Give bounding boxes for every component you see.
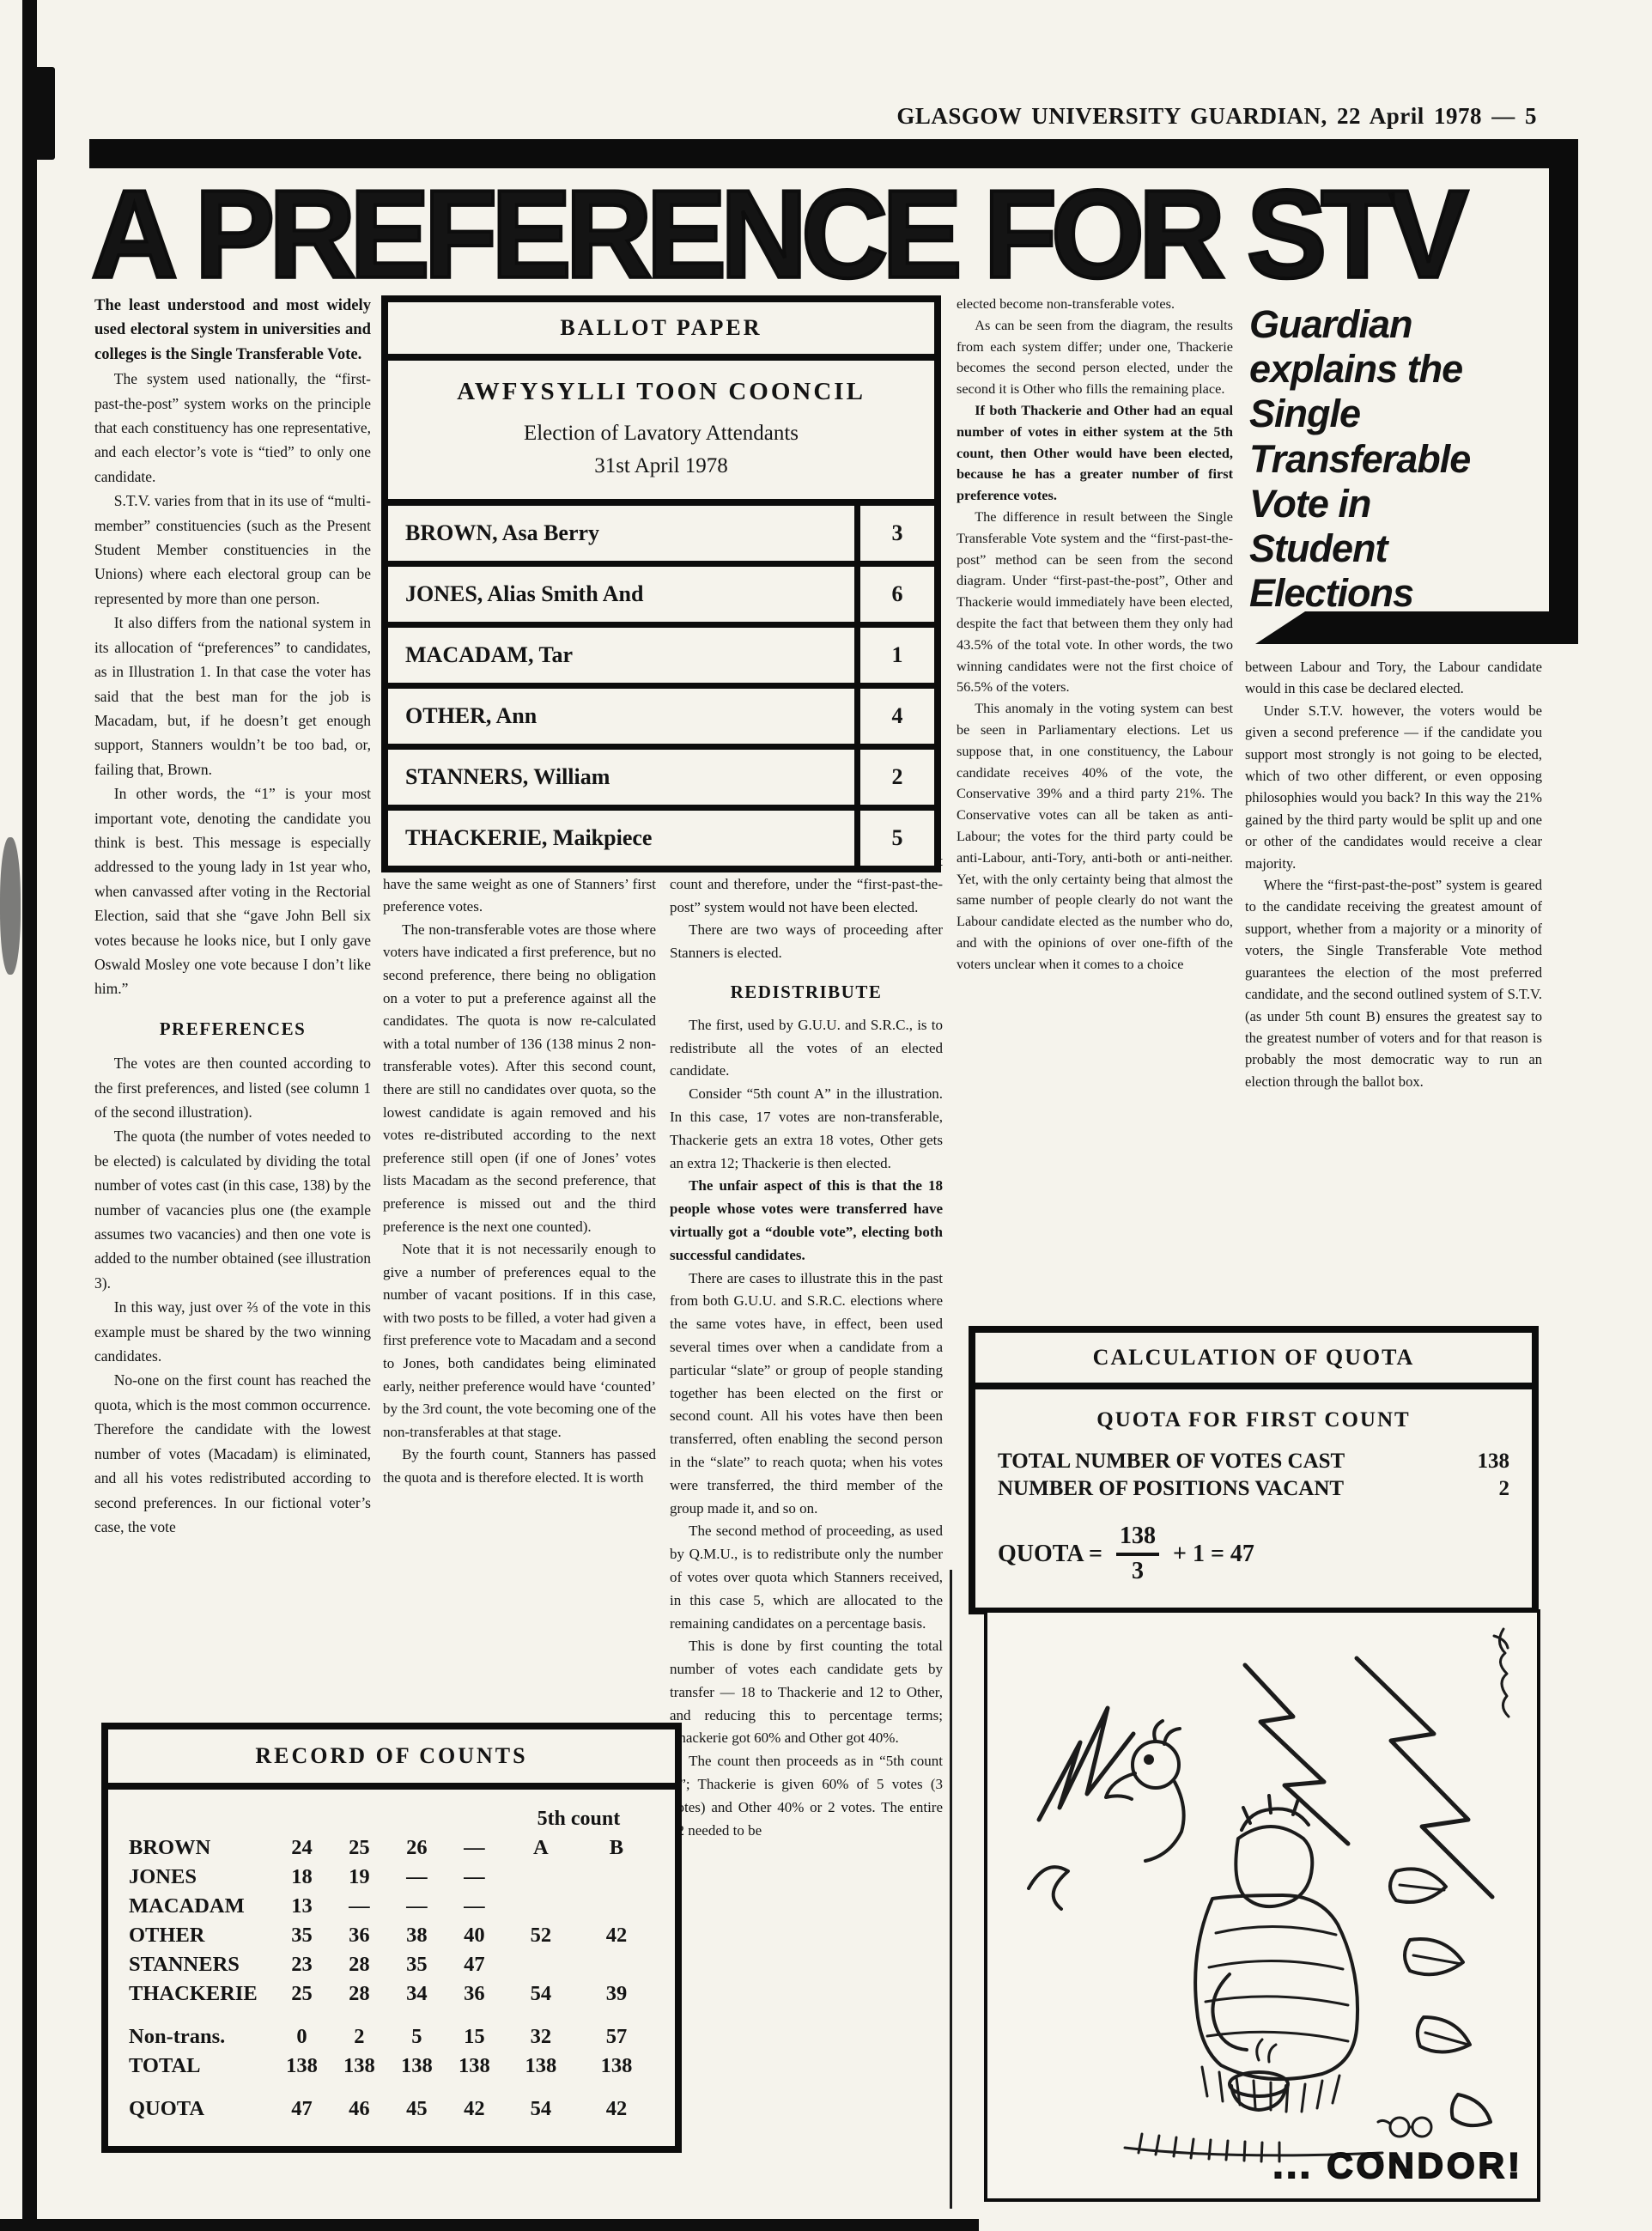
record-cell: 32 <box>503 2022 579 2052</box>
quota-formula-lhs: QUOTA = <box>998 1541 1102 1568</box>
record-cell: 15 <box>446 2022 503 2052</box>
paragraph: This is done by first counting the total… <box>670 1635 943 1750</box>
calculation-of-quota-box: CALCULATION OF QUOTA QUOTA FOR FIRST COU… <box>969 1326 1539 1614</box>
quota-formula: QUOTA = 138 3 + 1 = 47 <box>998 1523 1509 1585</box>
paragraph: Where the “first-past-the-post” system i… <box>1245 874 1542 1092</box>
record-cell: 34 <box>388 1979 446 2009</box>
record-cell: 46 <box>331 2094 388 2124</box>
paragraph: In this way, just over ⅔ of the vote in … <box>94 1295 371 1368</box>
paragraph: between Labour and Tory, the Labour cand… <box>1245 656 1542 700</box>
paragraph: The non-transferable votes are those whe… <box>383 919 656 1238</box>
record-cell: — <box>446 1863 503 1892</box>
record-cell: — <box>388 1863 446 1892</box>
ballot-election-line: Election of Lavatory Attendants <box>388 422 934 446</box>
record-cell: THACKERIE <box>129 1979 273 2009</box>
section-heading: PREFERENCES <box>94 1017 371 1041</box>
record-of-counts-box: RECORD OF COUNTS 5th countBROWN242526—AB… <box>101 1723 682 2153</box>
record-cell: 138 <box>331 2052 388 2081</box>
record-cell: 24 <box>273 1833 331 1863</box>
body-column-4: elected become non-transferable votes.As… <box>957 294 1233 1326</box>
paragraph: It also differs from the national system… <box>94 611 371 781</box>
ballot-preference-number: 4 <box>854 689 934 744</box>
headline: A PREFERENCE FOR STV <box>91 172 1462 297</box>
quota-formula-fraction: 138 3 <box>1116 1523 1159 1585</box>
record-cell <box>579 1863 654 1892</box>
ballot-preference-number: 1 <box>854 628 934 683</box>
record-cell: 138 <box>273 2052 331 2081</box>
scan-mark <box>22 67 55 160</box>
ballot-council: AWFYSYLLI TOON COONCIL <box>388 378 934 406</box>
record-cell: 40 <box>446 1921 503 1950</box>
quota-formula-rhs: + 1 = 47 <box>1173 1541 1254 1568</box>
paragraph: The second method of proceeding, as used… <box>670 1520 943 1635</box>
paragraph: The unfair aspect of this is that the 18… <box>670 1175 943 1267</box>
record-cell: 138 <box>579 2052 654 2081</box>
condor-head <box>1106 1721 1184 1861</box>
quota-line-label: TOTAL NUMBER OF VOTES CAST <box>998 1450 1345 1474</box>
fifth-count-label: 5th count <box>503 1805 654 1833</box>
record-row: QUOTA474645425442 <box>129 2094 654 2124</box>
standfirst-bottom-rule <box>1255 611 1578 644</box>
ballot-preference-number: 3 <box>854 506 934 561</box>
ballot-preference-number: 2 <box>854 750 934 805</box>
record-cell: 39 <box>579 1979 654 2009</box>
record-row: STANNERS23283547 <box>129 1950 654 1979</box>
ballot-paper-illustration: BALLOT PAPER AWFYSYLLI TOON COONCIL Elec… <box>381 295 941 872</box>
paragraph: No-one on the first count has reached th… <box>94 1368 371 1539</box>
paragraph: If both Thackerie and Other had an equal… <box>957 400 1233 507</box>
record-cell <box>503 1892 579 1921</box>
spacer-cell <box>129 2009 654 2022</box>
quota-subtitle: QUOTA FOR FIRST COUNT <box>998 1408 1509 1432</box>
spacer-cell <box>129 2081 654 2094</box>
ballot-title: BALLOT PAPER <box>388 302 934 361</box>
record-cell: MACADAM <box>129 1892 273 1921</box>
body-column-5: between Labour and Tory, the Labour cand… <box>1245 656 1542 1328</box>
record-cell: 47 <box>446 1950 503 1979</box>
cartoon-caption: ... CONDOR! <box>1273 2145 1523 2186</box>
paragraph: The first, used by G.U.U. and S.R.C., is… <box>670 1014 943 1083</box>
record-cell: 19 <box>331 1863 388 1892</box>
record-cell: 13 <box>273 1892 331 1921</box>
record-cell <box>579 1892 654 1921</box>
record-cell <box>503 1950 579 1979</box>
quota-line: NUMBER OF POSITIONS VACANT2 <box>998 1477 1509 1501</box>
ballot-preference-number: 6 <box>854 567 934 622</box>
record-cell: 42 <box>579 1921 654 1950</box>
empty-cell <box>129 1805 273 1833</box>
ballot-candidate-name: JONES, Alias Smith And <box>388 567 854 622</box>
record-cell: — <box>331 1892 388 1921</box>
quota-lines: TOTAL NUMBER OF VOTES CAST138NUMBER OF P… <box>998 1450 1509 1501</box>
record-row: Non-trans.025153257 <box>129 2022 654 2052</box>
record-cell: 57 <box>579 2022 654 2052</box>
record-row: THACKERIE252834365439 <box>129 1979 654 2009</box>
scan-edge-bottom <box>0 2219 979 2231</box>
record-cell: 25 <box>331 1833 388 1863</box>
ballot-candidate-name: THACKERIE, Maikpiece <box>388 811 854 866</box>
ballot-row: THACKERIE, Maikpiece5 <box>388 811 934 866</box>
record-cell: 138 <box>503 2052 579 2081</box>
seated-figure <box>1195 1796 1357 2112</box>
ballot-row: MACADAM, Tar1 <box>388 628 934 689</box>
record-cell: 28 <box>331 1950 388 1979</box>
empty-cell <box>388 1805 446 1833</box>
paragraph: Consider “5th count A” in the illustrati… <box>670 1083 943 1175</box>
record-cell: — <box>446 1833 503 1863</box>
body-column-2: would be transferred to Stanners, and wo… <box>383 850 656 1723</box>
spacer-row <box>129 2081 654 2094</box>
paragraph: The least understood and most widely use… <box>94 294 371 367</box>
record-cell: 36 <box>446 1979 503 2009</box>
record-cell: OTHER <box>129 1921 273 1950</box>
record-cell: Non-trans. <box>129 2022 273 2052</box>
record-cell: QUOTA <box>129 2094 273 2124</box>
record-cell: 42 <box>579 2094 654 2124</box>
section-heading: REDISTRIBUTE <box>670 981 943 1004</box>
quota-body: QUOTA FOR FIRST COUNT TOTAL NUMBER OF VO… <box>975 1389 1532 1608</box>
record-cell: 35 <box>273 1921 331 1950</box>
cartoon-illustration <box>987 1613 1537 2198</box>
quota-line: TOTAL NUMBER OF VOTES CAST138 <box>998 1450 1509 1474</box>
paragraph: The difference in result between the Sin… <box>957 507 1233 698</box>
cartoon-panel: ... CONDOR! <box>984 1609 1540 2202</box>
glasses-doodle <box>1378 2118 1431 2137</box>
record-cell: 2 <box>331 2022 388 2052</box>
ballot-date: 31st April 1978 <box>388 454 934 478</box>
cartoon-signature <box>1494 1629 1509 1717</box>
quota-formula-denominator: 3 <box>1116 1556 1159 1585</box>
scan-smudge <box>0 837 21 975</box>
paragraph: The quota (the number of votes needed to… <box>94 1124 371 1295</box>
record-cell: 28 <box>331 1979 388 2009</box>
paragraph: S.T.V. varies from that in its use of “m… <box>94 489 371 611</box>
record-cell: 138 <box>446 2052 503 2081</box>
record-cell: 35 <box>388 1950 446 1979</box>
ballot-row: JONES, Alias Smith And6 <box>388 567 934 628</box>
record-cell <box>579 1950 654 1979</box>
spacer-row <box>129 2009 654 2022</box>
record-row: MACADAM13——— <box>129 1892 654 1921</box>
record-table-wrap: 5th countBROWN242526—ABJONES1819——MACADA… <box>108 1790 675 2146</box>
paragraph: elected become non-transferable votes. <box>957 294 1233 315</box>
ballot-preference-number: 5 <box>854 811 934 866</box>
paragraph: By the fourth count, Stanners has passed… <box>383 1444 656 1489</box>
record-cell: 52 <box>503 1921 579 1950</box>
paragraph: As can be seen from the diagram, the res… <box>957 315 1233 400</box>
record-cell: 54 <box>503 2094 579 2124</box>
paragraph: The system used nationally, the “first-p… <box>94 367 371 489</box>
ballot-info: AWFYSYLLI TOON COONCIL Election of Lavat… <box>388 361 934 506</box>
masthead: GLASGOW UNIVERSITY GUARDIAN, 22 April 19… <box>896 103 1537 130</box>
record-cell: 0 <box>273 2022 331 2052</box>
quota-title: CALCULATION OF QUOTA <box>975 1333 1532 1389</box>
paragraph: Note that it is not necessarily enough t… <box>383 1238 656 1444</box>
paragraph: This anomaly in the voting system can be… <box>957 698 1233 975</box>
ballot-row: STANNERS, William2 <box>388 750 934 811</box>
record-cell: — <box>446 1892 503 1921</box>
paragraph: The votes are then counted according to … <box>94 1051 371 1124</box>
record-table: 5th countBROWN242526—ABJONES1819——MACADA… <box>129 1805 654 2124</box>
body-column-3: noting that Stanners was fourth in the f… <box>670 850 943 2212</box>
record-cell: 23 <box>273 1950 331 1979</box>
record-cell: — <box>388 1892 446 1921</box>
empty-cell <box>331 1805 388 1833</box>
record-row: TOTAL138138138138138138 <box>129 2052 654 2081</box>
record-cell: 36 <box>331 1921 388 1950</box>
record-row: OTHER353638405242 <box>129 1921 654 1950</box>
standfirst: Guardian explains the Single Transferabl… <box>1249 302 1512 616</box>
quota-line-value: 2 <box>1499 1477 1510 1501</box>
empty-cell <box>273 1805 331 1833</box>
ballot-candidate-name: OTHER, Ann <box>388 689 854 744</box>
body-column-1: The least understood and most widely use… <box>94 294 371 1721</box>
quota-line-label: NUMBER OF POSITIONS VACANT <box>998 1477 1344 1501</box>
record-title: RECORD OF COUNTS <box>108 1729 675 1790</box>
record-cell: B <box>579 1833 654 1863</box>
record-cell: 38 <box>388 1921 446 1950</box>
paragraph: There are cases to illustrate this in th… <box>670 1267 943 1521</box>
record-cell: 42 <box>446 2094 503 2124</box>
paragraph: In other words, the “1” is your most imp… <box>94 781 371 1001</box>
empty-cell <box>446 1805 503 1833</box>
record-cell: JONES <box>129 1863 273 1892</box>
frame-right-rule <box>1549 139 1578 644</box>
record-cell: 45 <box>388 2094 446 2124</box>
ballot-candidate-name: MACADAM, Tar <box>388 628 854 683</box>
record-cell: 5 <box>388 2022 446 2052</box>
quota-line-value: 138 <box>1478 1450 1510 1474</box>
ballot-row: BROWN, Asa Berry3 <box>388 506 934 567</box>
record-cell: 47 <box>273 2094 331 2124</box>
record-cell <box>503 1863 579 1892</box>
paragraph: Under S.T.V. however, the voters would b… <box>1245 700 1542 874</box>
record-cell: 18 <box>273 1863 331 1892</box>
ballot-row: OTHER, Ann4 <box>388 689 934 750</box>
record-cell: STANNERS <box>129 1950 273 1979</box>
record-cell: 26 <box>388 1833 446 1863</box>
record-cell: TOTAL <box>129 2052 273 2081</box>
record-cell: A <box>503 1833 579 1863</box>
record-cell: BROWN <box>129 1833 273 1863</box>
scan-edge-left <box>22 0 37 2231</box>
quota-formula-numerator: 138 <box>1116 1523 1159 1556</box>
record-cell: 54 <box>503 1979 579 2009</box>
paragraph: There are two ways of proceeding after S… <box>670 919 943 965</box>
ballot-candidate-name: STANNERS, William <box>388 750 854 805</box>
ballot-candidate-rows: BROWN, Asa Berry3JONES, Alias Smith And6… <box>388 506 934 866</box>
newspaper-page: GLASGOW UNIVERSITY GUARDIAN, 22 April 19… <box>0 0 1652 2231</box>
paragraph: The count then proceeds as in “5th count… <box>670 1750 943 1842</box>
record-cell: 25 <box>273 1979 331 2009</box>
record-row: JONES1819—— <box>129 1863 654 1892</box>
column-rule <box>950 1570 952 2209</box>
feathers <box>1390 1869 1491 2125</box>
record-row: BROWN242526—AB <box>129 1833 654 1863</box>
record-header-row: 5th count <box>129 1805 654 1833</box>
ballot-candidate-name: BROWN, Asa Berry <box>388 506 854 561</box>
record-cell: 138 <box>388 2052 446 2081</box>
